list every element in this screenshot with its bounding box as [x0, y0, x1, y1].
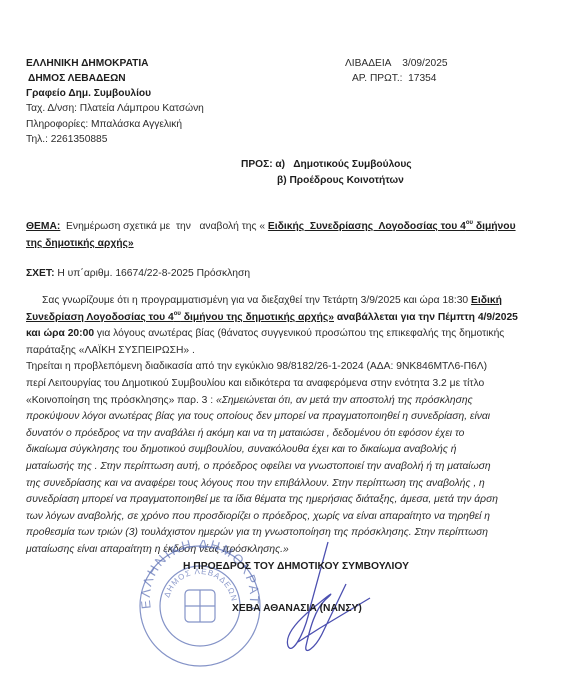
body-sup: ου	[174, 311, 181, 317]
sender-address: Ταχ. Δ/νση: Πλατεία Λάμπρου Κατσώνη	[26, 101, 204, 117]
sender-country: ΕΛΛΗΝΙΚΗ ΔΗΜΟΚΡΑΤΙΑ	[26, 56, 149, 72]
body-emphasis: Συνεδρίαση Λογοδοσίας του 4ου διμήνου τη…	[26, 312, 334, 323]
sender-info: Πληροφορίες: Μπαλάσκα Αγγελική	[26, 117, 182, 133]
subject-sup: ου	[466, 220, 473, 226]
place-date: ΛΙΒΑΔΕΙΑ 3/09/2025	[345, 56, 448, 72]
recipient-a: Δημοτικούς Συμβούλους	[293, 159, 411, 170]
body-text: Σας γνωρίζουμε ότι η προγραμματισμένη γι…	[42, 295, 471, 306]
recipients-prefix: ΠΡΟΣ: α)	[241, 159, 285, 170]
protocol-number: ΑΡ. ΠΡΩΤ.: 17354	[352, 71, 436, 87]
reference-text: Η υπ΄αριθμ. 16674/22-8-2025 Πρόσκληση	[55, 268, 251, 279]
letter-body: Σας γνωρίζουμε ότι η προγραμματισμένη γι…	[26, 293, 556, 559]
signature-title: Η ΠΡΟΕΔΡΟΣ ΤΟΥ ΔΗΜΟΤΙΚΟΥ ΣΥΜΒΟΥΛΙΟΥ	[183, 561, 409, 572]
body-bold: και ώρα 20:00	[26, 328, 94, 339]
body-text: για λόγους ανωτέρας βίας (θάνατος συγγεν…	[94, 328, 504, 339]
quote-line: ματαίωσής της . Στην περίπτωση αυτή, ο π…	[26, 459, 556, 476]
signature-name: ΧΕΒΑ ΑΘΑΝΑΣΙΑ (ΝΑΝΣΥ)	[232, 603, 362, 614]
subject-label: ΘΕΜΑ:	[26, 221, 60, 232]
quote-line: δυνατόν ο πρόεδρος να την αναβάλει ή ακό…	[26, 426, 556, 443]
quote-text: «Σημειώνεται ότι, αν μετά την αποστολή τ…	[216, 395, 473, 406]
quote-line: των λόγων αναβολής, σε χρόνο που προσδιο…	[26, 509, 556, 526]
recipients-label: ΠΡΟΣ: α) Δημοτικούς Συμβούλους	[241, 157, 412, 173]
body-emphasis: Ειδική	[471, 295, 502, 306]
sender-municipality: ΔΗΜΟΣ ΛΕΒΑΔΕΩΝ	[28, 71, 126, 87]
body-bold: αναβάλλεται για την Πέμπτη 4/9/2025	[334, 312, 518, 323]
body-text: «Κοινοποίηση της πρόσκλησης» παρ. 3 :	[26, 395, 216, 406]
subject-title-line2: της δημοτικής αρχής»	[26, 236, 134, 252]
reference-label: ΣΧΕΤ:	[26, 268, 55, 279]
recipient-b: β) Προέδρους Κοινοτήτων	[277, 173, 404, 189]
reference-line: ΣΧΕΤ: Η υπ΄αριθμ. 16674/22-8-2025 Πρόσκλ…	[26, 266, 250, 282]
subject-line: ΘΕΜΑ: Ενημέρωση σχετικά με την αναβολή τ…	[26, 219, 516, 235]
quote-line: της συνεδρίασης και να αναφέρει τους λόγ…	[26, 476, 556, 493]
body-line: Τηρείται η προβλεπόμενη διαδικασία από τ…	[26, 359, 556, 376]
body-line: και ώρα 20:00 για λόγους ανωτέρας βίας (…	[26, 326, 556, 343]
subject-title-part1: Ειδικής Συνεδρίασης Λογοδοσίας του 4	[268, 221, 466, 232]
body-line: Συνεδρίαση Λογοδοσίας του 4ου διμήνου τη…	[26, 310, 556, 327]
body-text: διμήνου της δημοτικής αρχής»	[181, 312, 334, 323]
quote-line: προκύψουν λόγοι ανωτέρας βίας για τους ο…	[26, 409, 556, 426]
subject-title-part2: διμήνου	[473, 221, 516, 232]
subject-text: Ενημέρωση σχετικά με την αναβολή της «	[60, 221, 268, 232]
body-line: παράταξης «ΛΑΪΚΗ ΣΥΣΠΕΙΡΩΣΗ» .	[26, 343, 556, 360]
body-line: «Κοινοποίηση της πρόσκλησης» παρ. 3 : «Σ…	[26, 393, 556, 410]
body-text: Συνεδρίαση Λογοδοσίας του 4	[26, 312, 174, 323]
body-line: περί Λειτουργίας του Δημοτικού Συμβουλίο…	[26, 376, 556, 393]
sender-office: Γραφείο Δημ. Συμβουλίου	[26, 86, 151, 102]
body-line: Σας γνωρίζουμε ότι η προγραμματισμένη γι…	[26, 293, 556, 310]
quote-line: δικαίωμα σύγκλησης του δημοτικού συμβουλ…	[26, 442, 556, 459]
quote-line: συνεδρίαση μπορεί να πραγματοποιηθεί με …	[26, 492, 556, 509]
sender-phone: Τηλ.: 2261350885	[26, 132, 107, 148]
subject-title: Ειδικής Συνεδρίασης Λογοδοσίας του 4ου δ…	[268, 221, 516, 232]
